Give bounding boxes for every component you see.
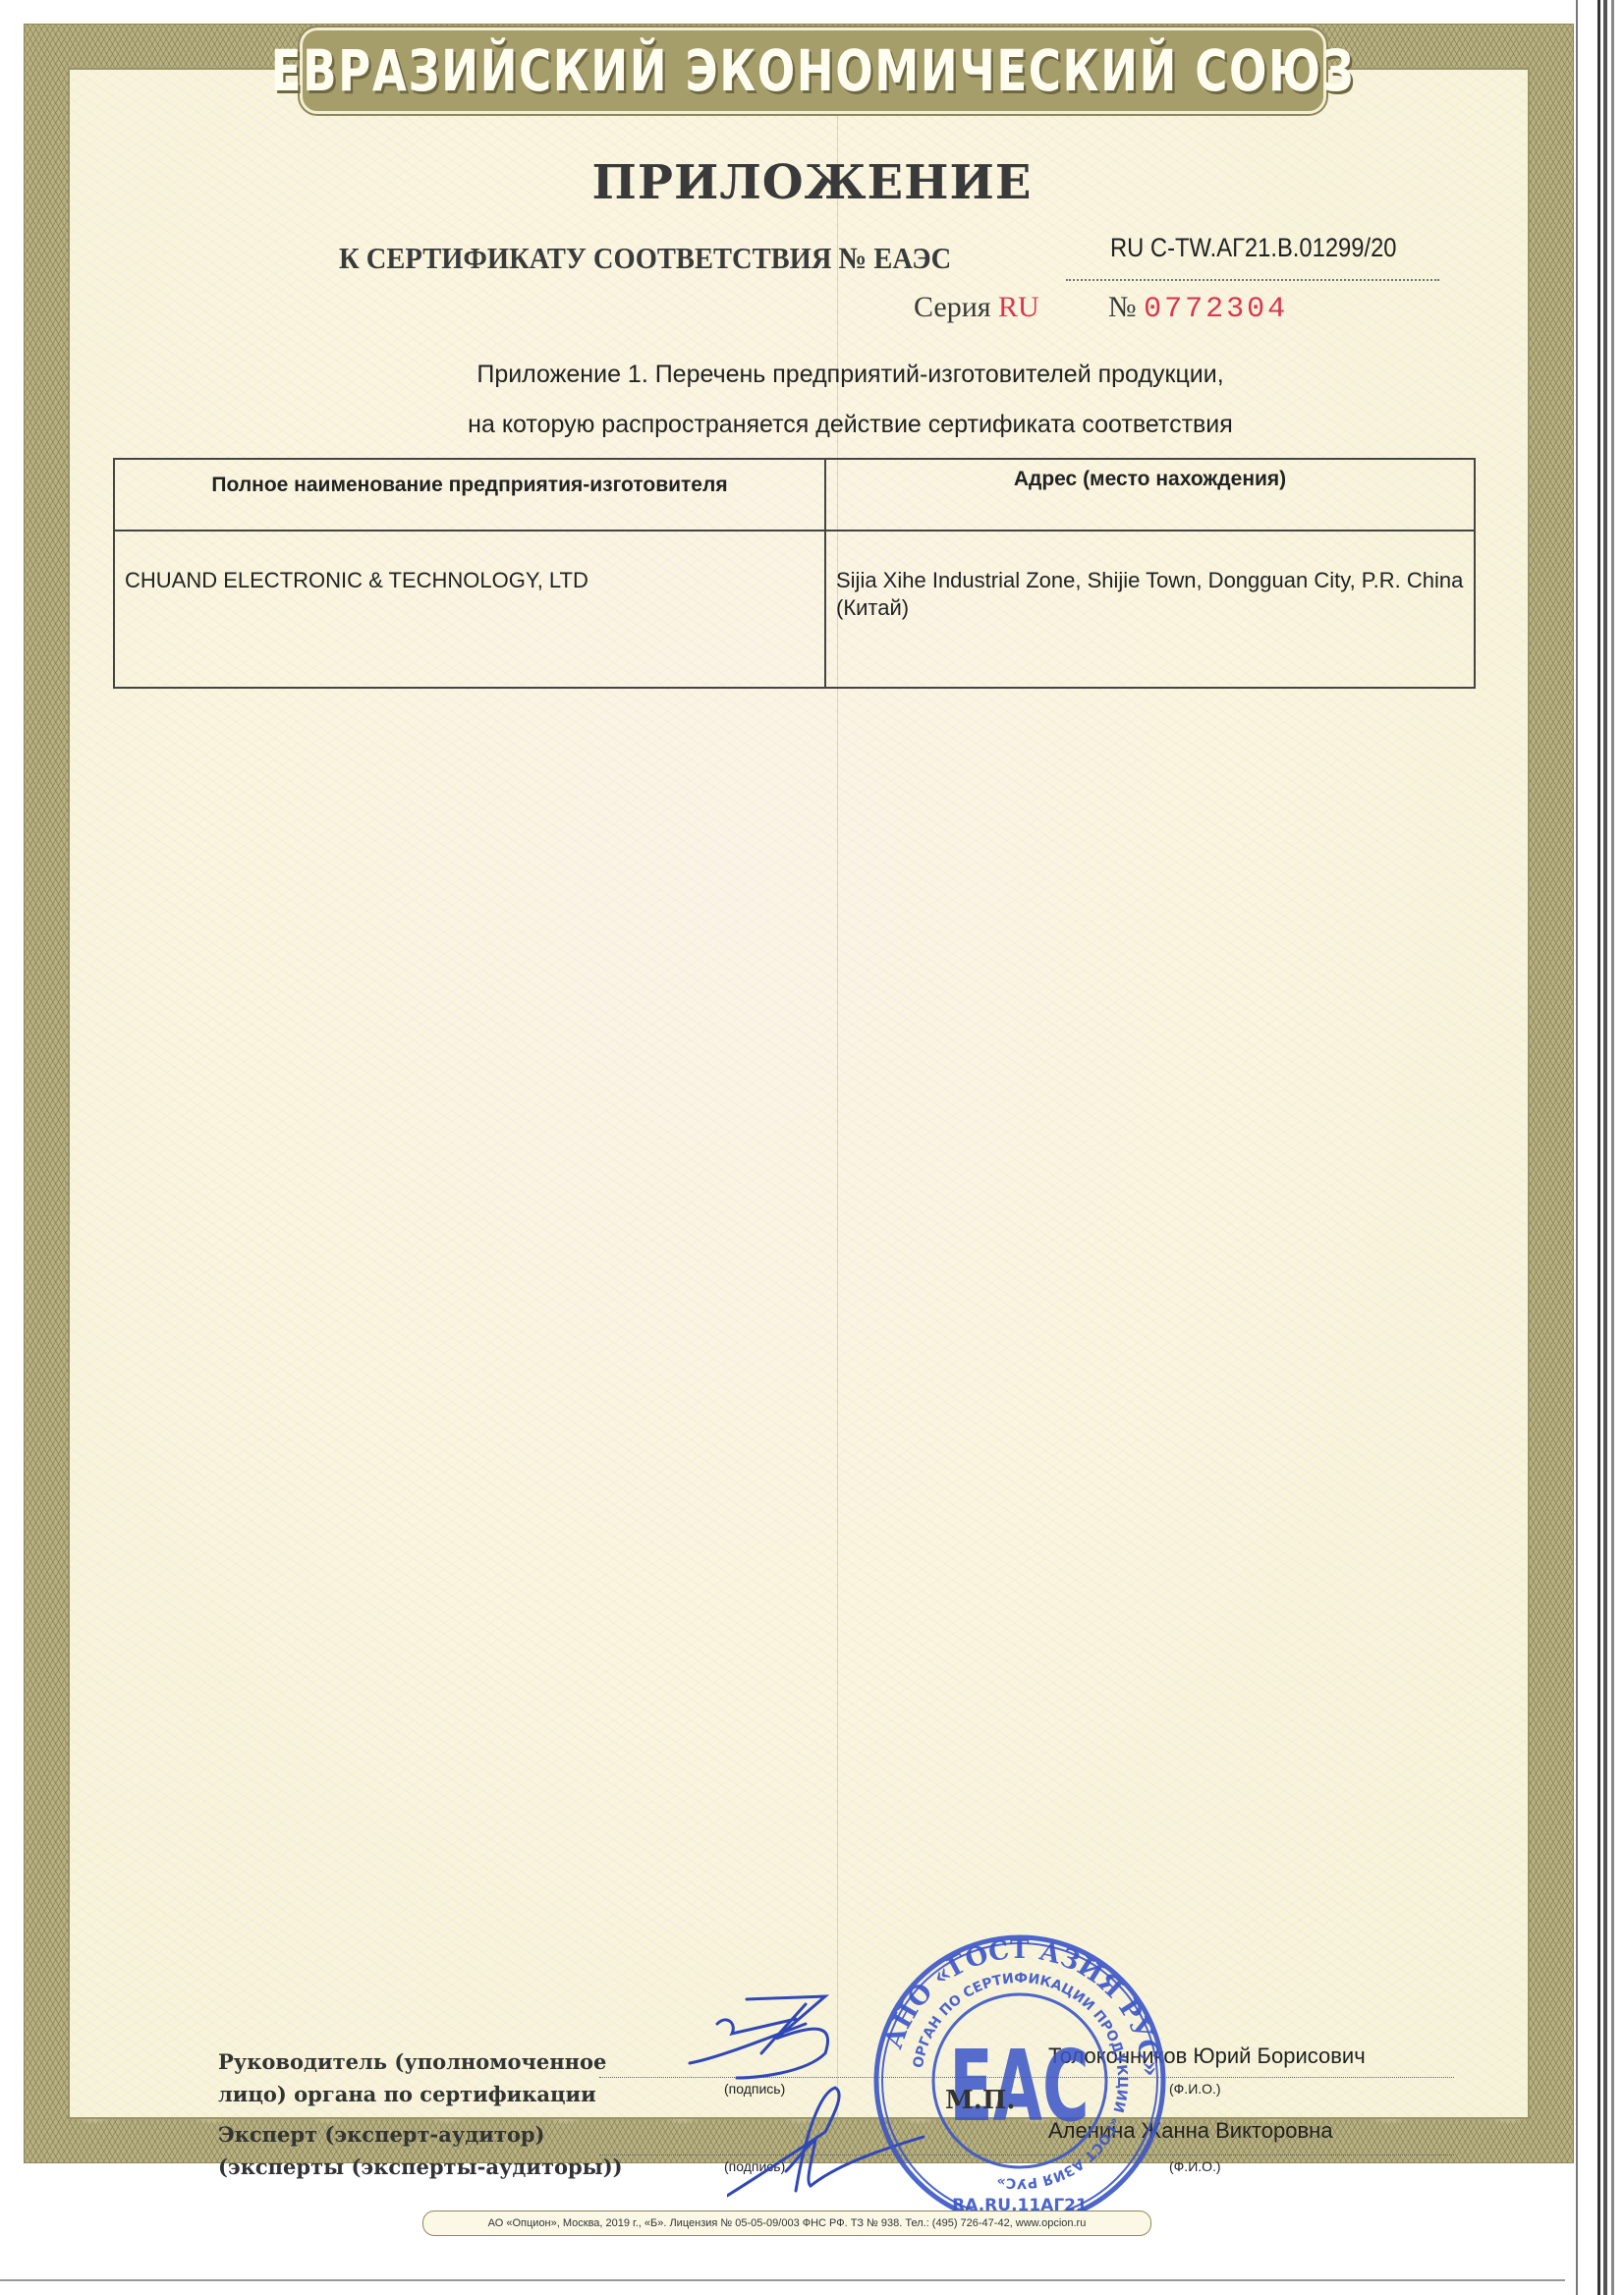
scan-edge-line (1603, 0, 1607, 2295)
scan-edge-line (1611, 0, 1614, 2295)
fio-caption: (Ф.И.О.) (1169, 2081, 1221, 2097)
printer-imprint-text: АО «Опцион», Москва, 2019 г., «Б». Лицен… (488, 2217, 1087, 2229)
scan-edge-line (1597, 0, 1600, 2295)
stamp-place-label: М.П. (945, 2086, 1015, 2115)
scan-edge-line (0, 2279, 1565, 2281)
head-label-line-2: лицо) органа по сертификации (218, 2078, 606, 2110)
certificate-reference-label: К СЕРТИФИКАТУ СООТВЕТСТВИЯ № ЕАЭС (339, 241, 951, 276)
scan-edge-line (1576, 0, 1578, 2295)
fio-caption: (Ф.И.О.) (1169, 2158, 1221, 2174)
certificate-ornamental-border (24, 24, 1574, 2163)
certificate-number: RU С-TW.АГ21.В.01299/20 (1110, 233, 1397, 263)
annex-heading-line-2: на которую распространяется действие сер… (0, 411, 1624, 439)
annex-heading-line-1: Приложение 1. Перечень предприятий-изгот… (0, 361, 1624, 389)
banner-text: ЕВРАЗИЙСКИЙ ЭКОНОМИЧЕСКИЙ СОЮЗ (271, 37, 1356, 104)
manufacturers-table: Полное наименование предприятия-изготови… (113, 458, 1476, 689)
certification-body-stamp: АНО «ГОСТ АЗИЯ РУС» ОРГАН ПО СЕРТИФИКАЦИ… (872, 1933, 1167, 2228)
head-label-line-1: Руководитель (уполномоченное (218, 2045, 606, 2078)
series-label: Серия (914, 291, 991, 323)
document-title: ПРИЛОЖЕНИЕ (0, 155, 1624, 210)
serial-number: № 0772304 (1108, 291, 1288, 326)
union-banner: ЕВРАЗИЙСКИЙ ЭКОНОМИЧЕСКИЙ СОЮЗ (300, 28, 1326, 114)
expert-label-line-2: (эксперты (эксперты-аудиторы)) (218, 2151, 623, 2183)
printer-imprint: АО «Опцион», Москва, 2019 г., «Б». Лицен… (422, 2211, 1151, 2236)
expert-label: Эксперт (эксперт-аудитор) (эксперты (экс… (218, 2118, 623, 2183)
expert-label-line-1: Эксперт (эксперт-аудитор) (218, 2118, 623, 2151)
serial-label: № (1108, 291, 1137, 323)
manufacturer-address: Sijia Xihe Industrial Zone, Shijie Town,… (825, 531, 1475, 688)
head-of-body-label: Руководитель (уполномоченное лицо) орган… (218, 2045, 606, 2110)
column-header-address: Адрес (место нахождения) (825, 459, 1475, 531)
certificate-number-underline (1066, 279, 1439, 281)
column-header-name: Полное наименование предприятия-изготови… (114, 459, 825, 531)
manufacturer-name: CHUAND ELECTRONIC & TECHNOLOGY, LTD (114, 531, 825, 688)
series: Серия RU (914, 291, 1039, 324)
serial-value: 0772304 (1144, 293, 1288, 326)
table-header-row: Полное наименование предприятия-изготови… (114, 459, 1475, 531)
table-row: CHUAND ELECTRONIC & TECHNOLOGY, LTD Siji… (114, 531, 1475, 688)
series-value: RU (998, 291, 1039, 323)
